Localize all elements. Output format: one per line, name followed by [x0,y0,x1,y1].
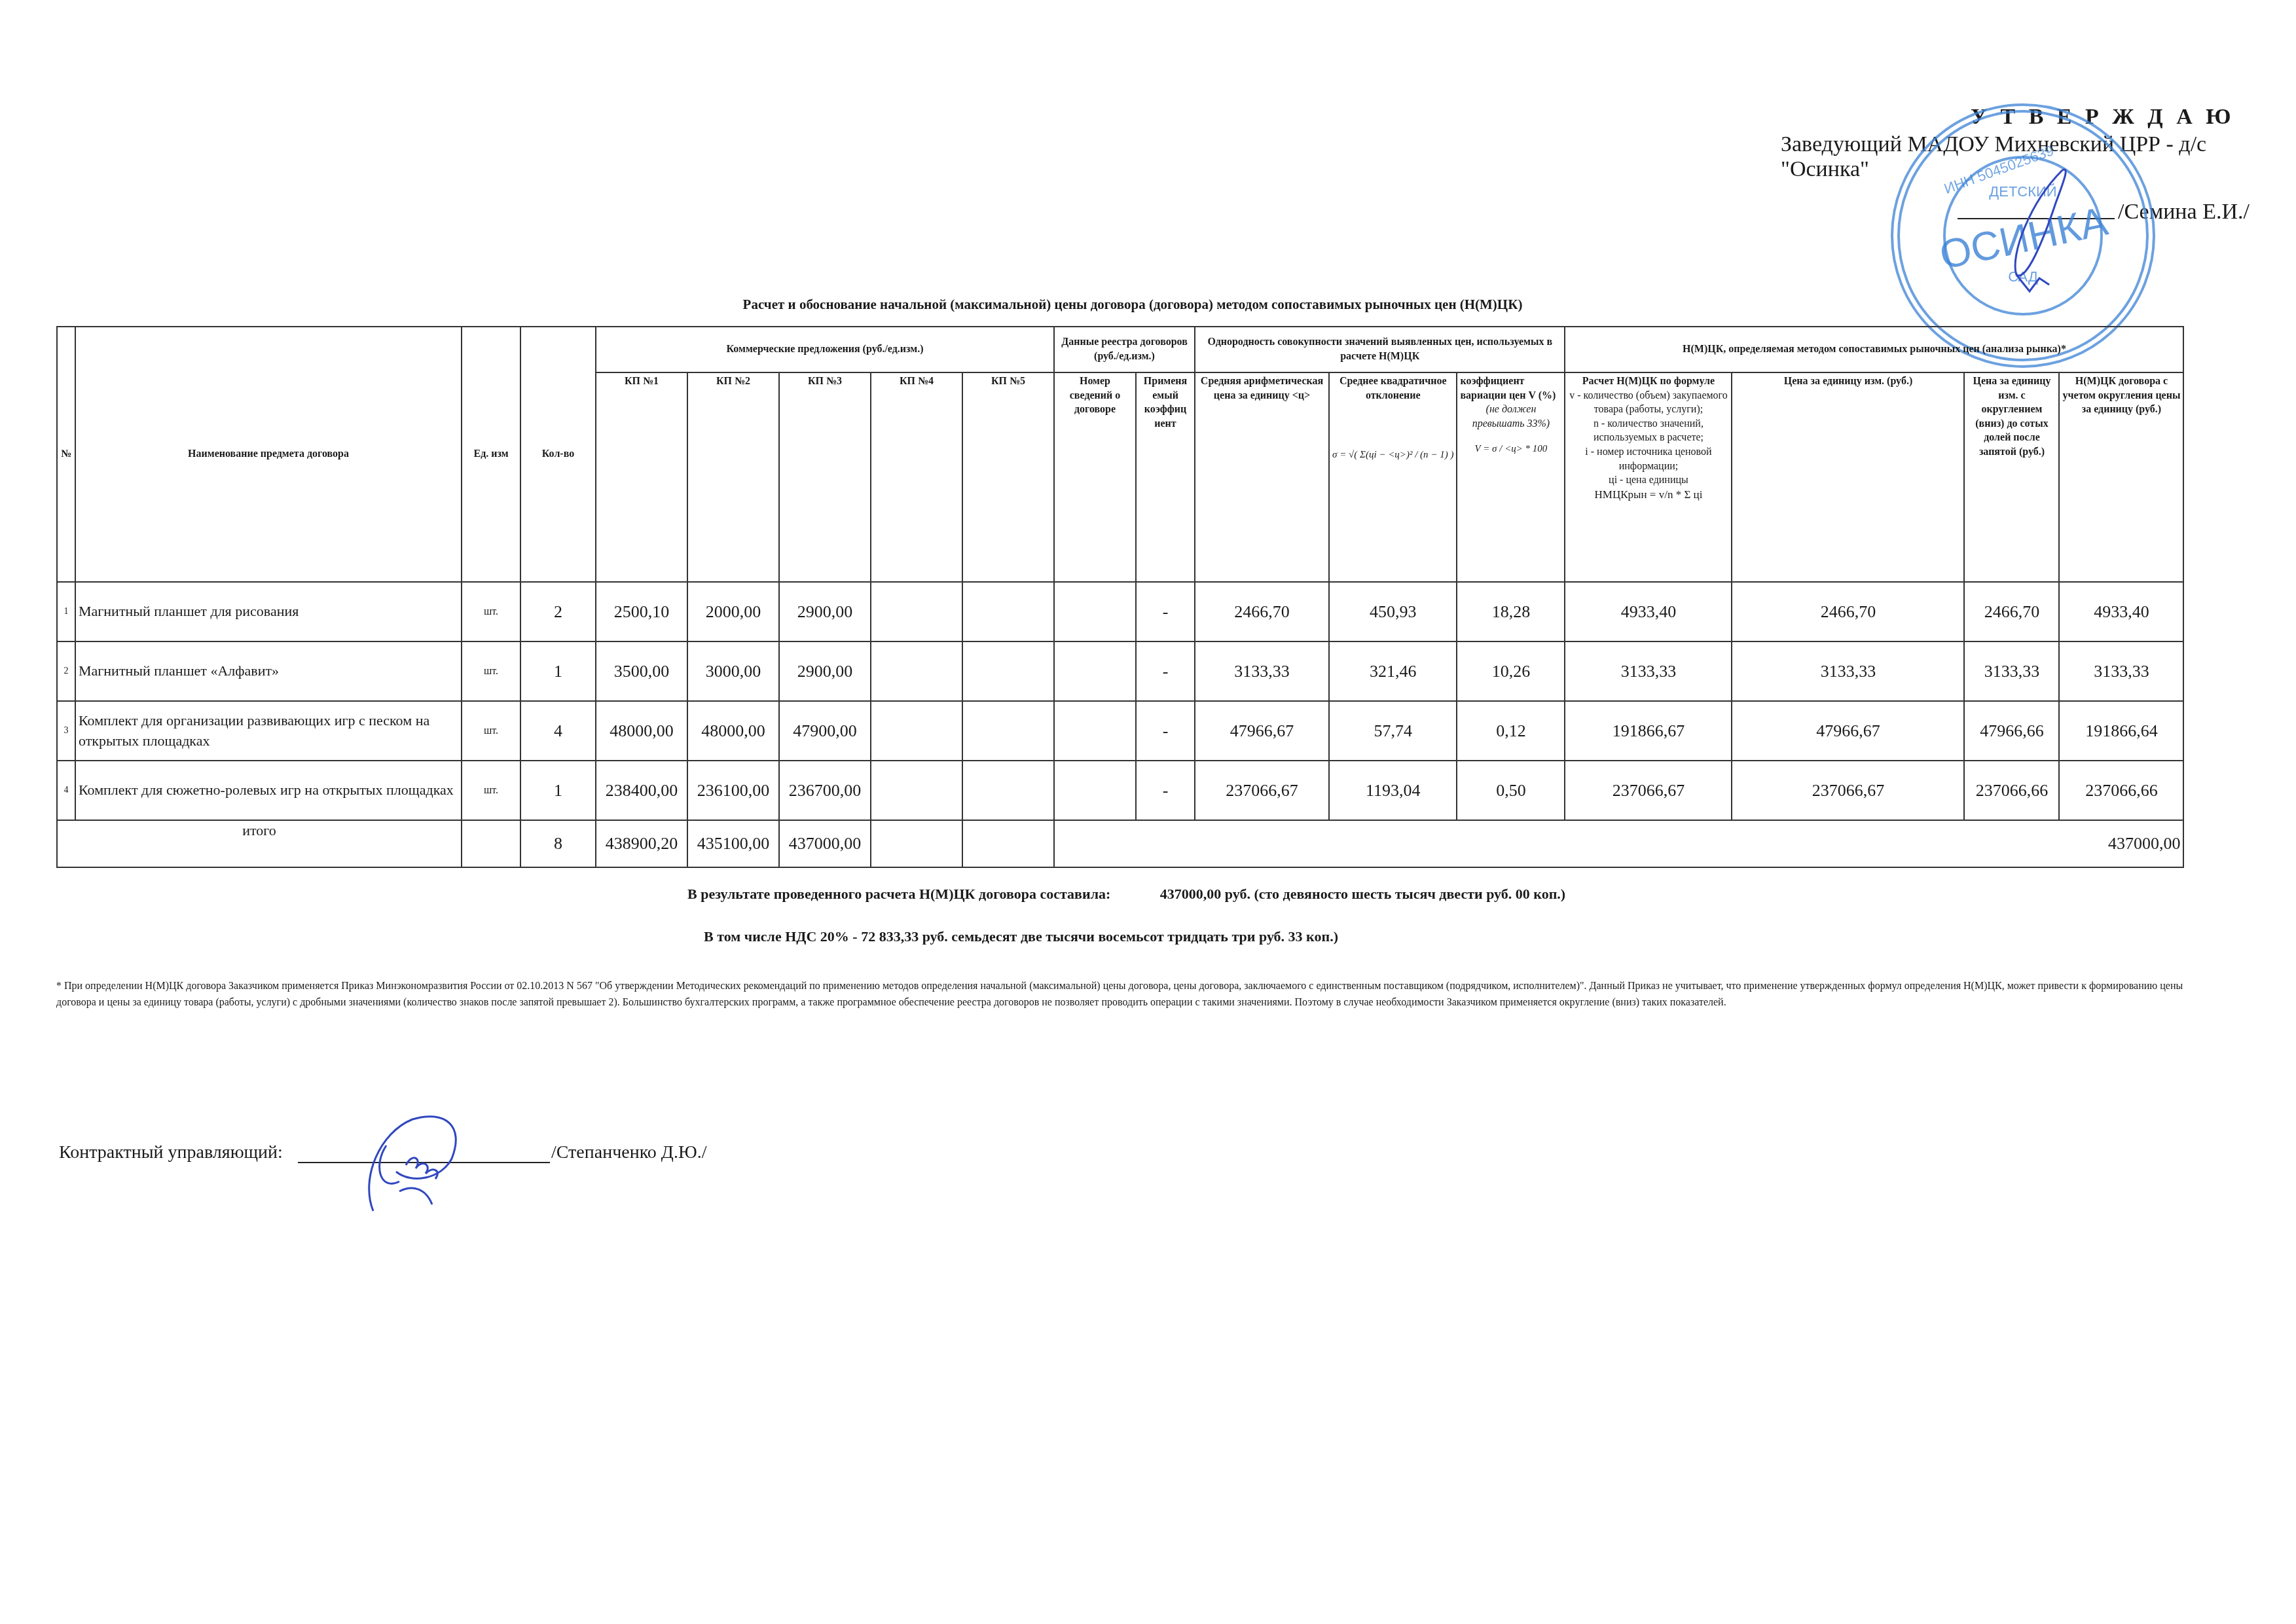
row-kp-2: 48000,00 [687,701,779,761]
row-nmck: 3133,33 [2059,641,2183,701]
row-registry-number [1054,701,1136,761]
std-dev-formula: σ = √( Σ(цi − <ц>)² / (n − 1) ) [1332,448,1453,461]
row-registry-coef: - [1136,761,1195,820]
row-unit-price: 47966,67 [1732,701,1964,761]
calc-desc-1: v - количество (объем) закупаемого товар… [1568,389,1728,417]
vat-line: В том числе НДС 20% - 72 833,33 руб. сем… [704,928,1338,945]
row-kp-1: 2500,10 [596,582,687,641]
row-unit-price: 3133,33 [1732,641,1964,701]
header-kp-5: КП №5 [962,372,1054,582]
row-kp-3: 2900,00 [779,582,871,641]
row-nmck: 237066,66 [2059,761,2183,820]
header-calc: Расчет Н(М)ЦК по формуле v - количество … [1565,372,1732,582]
row-kp-5 [962,761,1054,820]
row-qty: 1 [520,761,596,820]
row-avg-price: 237066,67 [1195,761,1329,820]
total-kp-4 [871,820,962,867]
document-title: Расчет и обоснование начальной (максимал… [655,297,1611,313]
row-name: Комплект для сюжетно-ролевых игр на откр… [75,761,462,820]
variation-formula: V = σ / <ц> * 100 [1460,442,1561,456]
row-kp-4 [871,582,962,641]
row-calc: 3133,33 [1565,641,1732,701]
std-dev-label: Среднее квадратичное отклонение [1332,374,1453,403]
row-num: 3 [57,701,75,761]
calc-title: Расчет Н(М)ЦК по формуле [1568,374,1728,389]
row-std-dev: 1193,04 [1329,761,1457,820]
header-nmck-group: Н(М)ЦК, определяемая методом сопоставимы… [1565,327,2183,372]
row-unit-price-rounded: 3133,33 [1964,641,2059,701]
row-variation: 0,50 [1457,761,1565,820]
calc-desc-4: цi - цена единицы [1568,473,1728,488]
header-name: Наименование предмета договора [75,327,462,582]
row-registry-number [1054,582,1136,641]
total-unit [462,820,520,867]
row-num: 2 [57,641,75,701]
calc-desc-2: n - количество значений, используемых в … [1568,417,1728,445]
row-kp-3: 236700,00 [779,761,871,820]
header-unit: Ед. изм [462,327,520,582]
header-registry-coef: Применя емый коэффиц иент [1136,372,1195,582]
row-unit-price-rounded: 237066,66 [1964,761,2059,820]
total-kp-2: 435100,00 [687,820,779,867]
header-homogeneity-group: Однородность совокупности значений выявл… [1195,327,1565,372]
row-variation: 18,28 [1457,582,1565,641]
table-row: 1 Магнитный планшет для рисования шт. 2 … [57,582,2183,641]
row-kp-4 [871,761,962,820]
row-unit-price: 237066,67 [1732,761,1964,820]
nmck-calculation-table: № Наименование предмета договора Ед. изм… [56,326,2184,868]
header-commercial-group: Коммерческие предложения (руб./ед.изм.) [596,327,1054,372]
table-body: 1 Магнитный планшет для рисования шт. 2 … [57,582,2183,867]
header-avg-price: Средняя арифметическая цена за единицу <… [1195,372,1329,582]
total-kp-5 [962,820,1054,867]
row-nmck: 191866,64 [2059,701,2183,761]
row-calc: 4933,40 [1565,582,1732,641]
manager-name: /Степанченко Д.Ю./ [551,1142,706,1163]
row-num: 1 [57,582,75,641]
table-row: 2 Магнитный планшет «Алфавит» шт. 1 3500… [57,641,2183,701]
row-unit-price: 2466,70 [1732,582,1964,641]
row-registry-coef: - [1136,582,1195,641]
header-nmck-rounded: Н(М)ЦК договора с учетом округления цены… [2059,372,2183,582]
header-std-dev: Среднее квадратичное отклонение σ = √( Σ… [1329,372,1457,582]
row-kp-2: 2000,00 [687,582,779,641]
row-avg-price: 47966,67 [1195,701,1329,761]
row-registry-number [1054,761,1136,820]
row-kp-4 [871,701,962,761]
header-kp-2: КП №2 [687,372,779,582]
row-std-dev: 57,74 [1329,701,1457,761]
row-kp-1: 48000,00 [596,701,687,761]
row-kp-4 [871,641,962,701]
total-row: итого8438900,20435100,00437000,00437000,… [57,820,2183,867]
row-kp-5 [962,701,1054,761]
row-qty: 2 [520,582,596,641]
result-amount: 437000,00 руб. (сто девяносто шесть тыся… [1160,886,1565,902]
row-calc: 237066,67 [1565,761,1732,820]
row-variation: 0,12 [1457,701,1565,761]
row-unit-price-rounded: 47966,66 [1964,701,2059,761]
result-label: В результате проведенного расчета Н(М)ЦК… [687,886,1110,902]
row-name: Магнитный планшет «Алфавит» [75,641,462,701]
header-qty: Кол-во [520,327,596,582]
row-kp-5 [962,582,1054,641]
table-row: 4 Комплект для сюжетно-ролевых игр на от… [57,761,2183,820]
row-registry-number [1054,641,1136,701]
variation-note: (не должен превышать 33%) [1460,403,1561,431]
row-std-dev: 450,93 [1329,582,1457,641]
row-unit-price-rounded: 2466,70 [1964,582,2059,641]
row-registry-coef: - [1136,641,1195,701]
row-unit: шт. [462,701,520,761]
header-variation: коэффициент вариации цен V (%) (не долже… [1457,372,1565,582]
manager-signature-icon [334,1106,484,1218]
total-nmck: 437000,00 [1054,820,2183,867]
header-num: № [57,327,75,582]
row-std-dev: 321,46 [1329,641,1457,701]
header-registry-number: Номер сведений о договоре [1054,372,1136,582]
row-unit: шт. [462,761,520,820]
header-unit-price: Цена за единицу изм. (руб.) [1732,372,1964,582]
calc-formula: НМЦКрын = v/n * Σ цi [1568,488,1728,503]
total-kp-3: 437000,00 [779,820,871,867]
row-kp-3: 47900,00 [779,701,871,761]
header-kp-4: КП №4 [871,372,962,582]
head-signature-icon [1990,164,2082,295]
row-unit: шт. [462,582,520,641]
manager-label: Контрактный управляющий: [59,1142,283,1163]
row-kp-1: 238400,00 [596,761,687,820]
row-name: Магнитный планшет для рисования [75,582,462,641]
total-label: итого [57,820,462,867]
row-num: 4 [57,761,75,820]
header-registry-group: Данные реестра договоров (руб./ед.изм.) [1054,327,1195,372]
variation-label: коэффициент вариации цен V (%) [1460,374,1561,403]
row-avg-price: 2466,70 [1195,582,1329,641]
footnote: * При определении Н(М)ЦК договора Заказч… [56,979,2191,1011]
header-kp-3: КП №3 [779,372,871,582]
total-kp-1: 438900,20 [596,820,687,867]
row-nmck: 4933,40 [2059,582,2183,641]
row-registry-coef: - [1136,701,1195,761]
row-kp-2: 3000,00 [687,641,779,701]
header-unit-price-rounded: Цена за единицу изм. с округлением (вниз… [1964,372,2059,582]
row-kp-3: 2900,00 [779,641,871,701]
row-kp-5 [962,641,1054,701]
result-line: В результате проведенного расчета Н(М)ЦК… [687,886,1565,903]
row-calc: 191866,67 [1565,701,1732,761]
row-unit: шт. [462,641,520,701]
header-kp-1: КП №1 [596,372,687,582]
row-qty: 1 [520,641,596,701]
calc-desc-3: i - номер источника ценовой информации; [1568,445,1728,473]
row-kp-1: 3500,00 [596,641,687,701]
total-qty: 8 [520,820,596,867]
row-variation: 10,26 [1457,641,1565,701]
row-qty: 4 [520,701,596,761]
table-row: 3 Комплект для организации развивающих и… [57,701,2183,761]
row-avg-price: 3133,33 [1195,641,1329,701]
row-kp-2: 236100,00 [687,761,779,820]
row-name: Комплект для организации развивающих игр… [75,701,462,761]
